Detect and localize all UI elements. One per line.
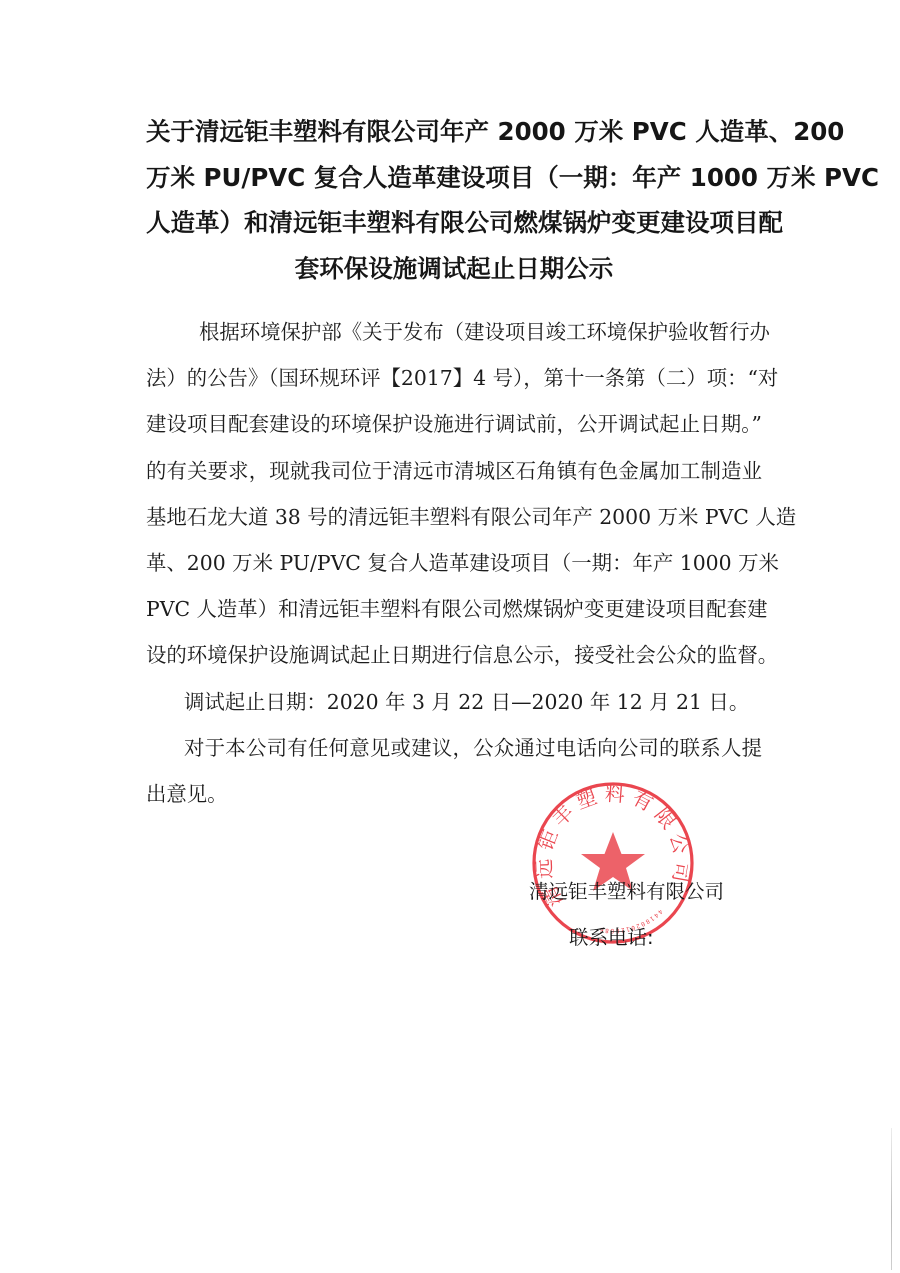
title-line-4: 套环保设施调试起止日期公示 xyxy=(146,246,762,292)
document-body: 根据环境保护部《关于发布（建设项目竣工环境保护验收暂行办 法）的公告》（国环规环… xyxy=(146,309,762,817)
paragraph-line: 基地石龙大道 38 号的清远钜丰塑料有限公司年产 2000 万米 PVC 人造 xyxy=(146,494,762,540)
title-line-1: 关于清远钜丰塑料有限公司年产 2000 万米 PVC 人造革、200 xyxy=(146,109,762,155)
paragraph-debug-period: 调试起止日期：2020 年 3 月 22 日—2020 年 12 月 21 日。 xyxy=(146,679,762,725)
title-line-2: 万米 PU/PVC 复合人造革建设项目（一期：年产 1000 万米 PVC xyxy=(146,155,762,201)
paragraph-line: PVC 人造革）和清远钜丰塑料有限公司燃煤锅炉变更建设项目配套建 xyxy=(146,586,762,632)
title-line-3: 人造革）和清远钜丰塑料有限公司燃煤锅炉变更建设项目配 xyxy=(146,200,762,246)
paragraph-line: 对于本公司有任何意见或建议，公众通过电话向公司的联系人提 xyxy=(146,725,762,771)
paragraph-regulation-basis: 根据环境保护部《关于发布（建设项目竣工环境保护验收暂行办 法）的公告》（国环规环… xyxy=(146,309,762,679)
paragraph-line: 法）的公告》（国环规环评【2017】4 号），第十一条第（二）项：“对 xyxy=(146,355,762,401)
paragraph-line: 的有关要求，现就我司位于清远市清城区石角镇有色金属加工制造业 xyxy=(146,448,762,494)
paragraph-line: 根据环境保护部《关于发布（建设项目竣工环境保护验收暂行办 xyxy=(146,309,762,355)
company-seal: 清远钜丰塑料有限公司 4418020128886 xyxy=(530,780,696,946)
paragraph-line: 设的环境保护设施调试起止日期进行信息公示，接受社会公众的监督。 xyxy=(146,632,762,678)
scan-edge-artifact xyxy=(891,1128,892,1270)
contact-phone-label: 联系电话: xyxy=(569,926,654,950)
seal-icon: 清远钜丰塑料有限公司 4418020128886 xyxy=(530,780,696,946)
paragraph-line: 建设项目配套建设的环境保护设施进行调试前，公开调试起止日期。” xyxy=(146,401,762,447)
debug-period-line: 调试起止日期：2020 年 3 月 22 日—2020 年 12 月 21 日。 xyxy=(146,679,762,725)
paragraph-line: 革、200 万米 PU/PVC 复合人造革建设项目（一期：年产 1000 万米 xyxy=(146,540,762,586)
document-title: 关于清远钜丰塑料有限公司年产 2000 万米 PVC 人造革、200 万米 PU… xyxy=(146,109,762,291)
signature-company-name: 清远钜丰塑料有限公司 xyxy=(529,880,724,904)
document-page: 关于清远钜丰塑料有限公司年产 2000 万米 PVC 人造革、200 万米 PU… xyxy=(0,0,900,1273)
